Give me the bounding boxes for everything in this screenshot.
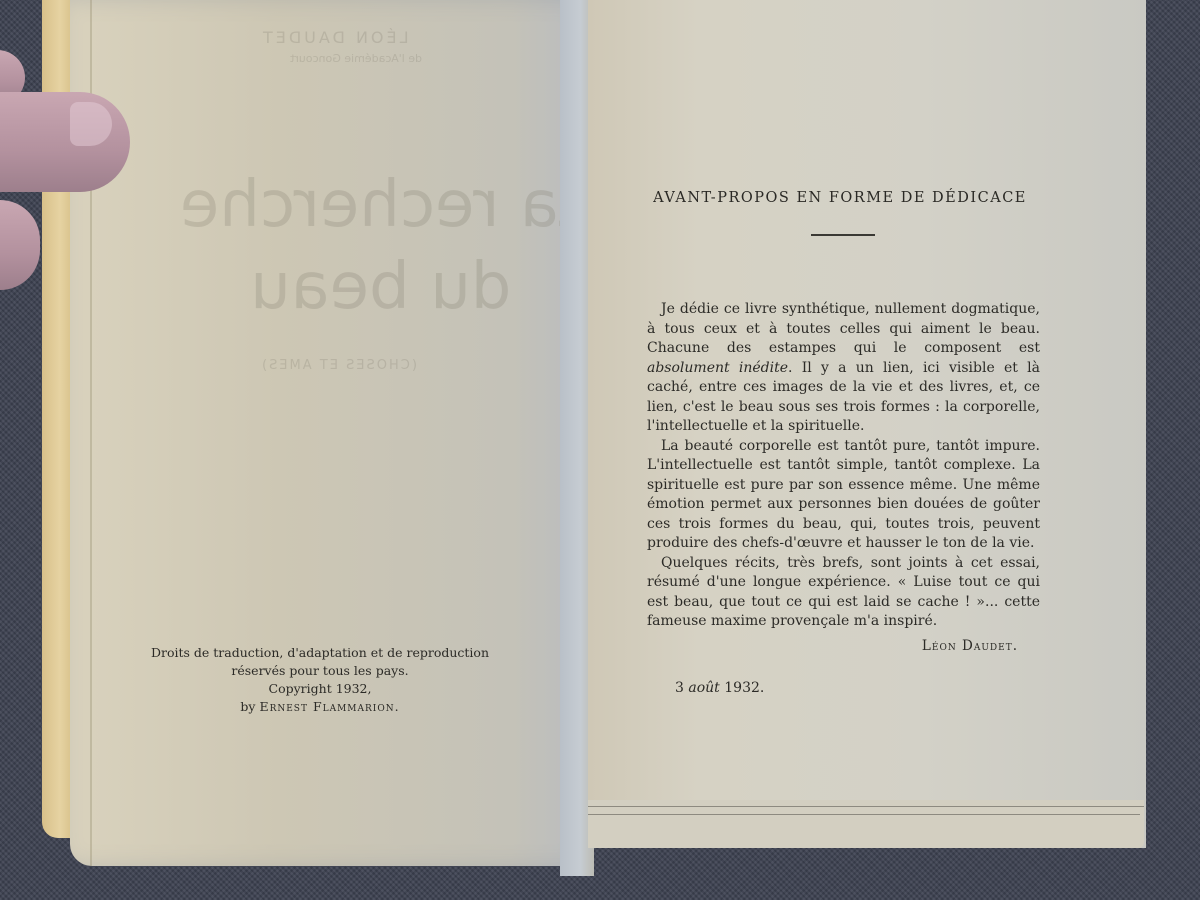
copyright-imprint: Droits de traduction, d'adaptation et de… [120, 644, 520, 716]
paragraph: La beauté corporelle est tantôt pure, ta… [647, 437, 1040, 554]
thumb [0, 92, 130, 192]
page-edge-line [588, 814, 1140, 815]
thumbnail-nail [70, 102, 112, 146]
showthrough-title-line2: du beau [250, 250, 511, 324]
date-month: août [688, 680, 719, 696]
imprint-line: Droits de traduction, d'adaptation et de… [120, 644, 520, 662]
showthrough-author-sub: de l'Académie Goncourt [290, 52, 422, 65]
imprint-line: réservés pour tous les pays. [120, 662, 520, 680]
paragraph-text: Je dédie ce livre synthétique, nullement… [647, 301, 1040, 356]
dedication-date: 3 août 1932. [675, 680, 764, 696]
page-edge-stack [588, 800, 1144, 848]
finger [0, 200, 40, 290]
page-heading: AVANT-PROPOS EN FORME DE DÉDICACE [600, 190, 1080, 206]
page-edge-line [588, 806, 1144, 807]
left-page: LÉON DAUDET de l'Académie Goncourt La re… [70, 0, 590, 866]
emphasis-text: absolument inédite [647, 360, 788, 376]
showthrough-author: LÉON DAUDET [260, 28, 409, 47]
showthrough-title-line1: La recherche [180, 168, 595, 242]
imprint-line: Copyright 1932, [120, 680, 520, 698]
paragraph: Quelques récits, très brefs, sont joints… [647, 554, 1040, 632]
date-year: 1932. [724, 680, 764, 696]
dedication-text: Je dédie ce livre synthétique, nullement… [647, 300, 1040, 632]
date-day: 3 [675, 680, 684, 696]
publisher-name: Ernest Flammarion. [259, 699, 399, 714]
imprint-by: by [240, 699, 259, 714]
showthrough-subtitle: (CHOSES ET AMES) [260, 358, 417, 373]
photo-scene: LÉON DAUDET de l'Académie Goncourt La re… [0, 0, 1200, 900]
imprint-line: by Ernest Flammarion. [120, 698, 520, 716]
heading-rule [811, 234, 875, 236]
paragraph: Je dédie ce livre synthétique, nullement… [647, 300, 1040, 437]
author-signature: Léon Daudet. [880, 638, 1018, 654]
